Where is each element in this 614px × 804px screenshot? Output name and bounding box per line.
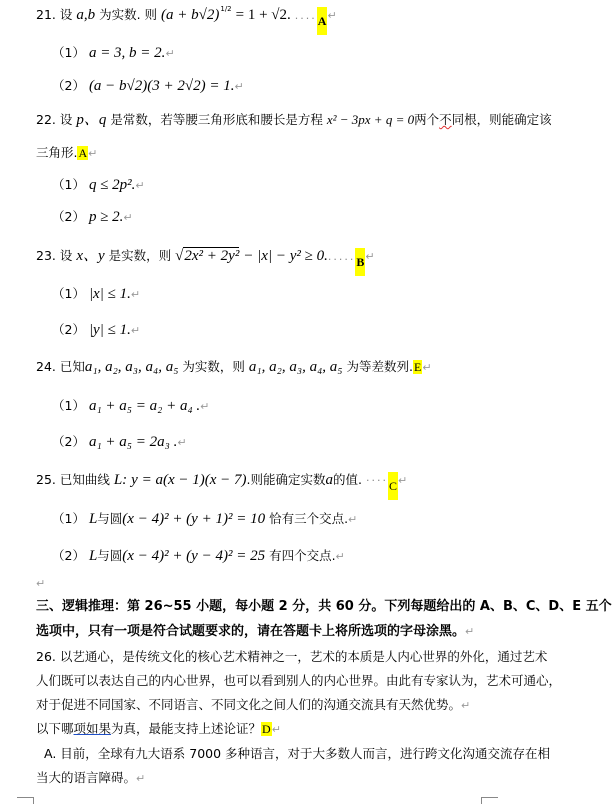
q22-text-b: 同根，则能确定该 — [452, 112, 552, 127]
q22-vars: p、q — [76, 112, 106, 128]
question-text: 以下哪 — [36, 721, 74, 736]
question-text: 为真，最能支持上述论证？ — [111, 721, 261, 736]
q22-option-1[interactable]: （1） q ≤ 2p².↵ — [52, 176, 145, 195]
question-24-stem[interactable]: 24. 已知a₁, a₂, a₃, a₄, a₅ 为实数，则 a₁, a₂, a… — [36, 358, 432, 377]
q24-end: 为等差数列. — [346, 359, 412, 374]
q24-seq2: a₁, a₂, a₃, a₄, a₅ — [249, 359, 343, 375]
option-label: （2） — [52, 209, 85, 224]
paragraph-mark-icon: ↵ — [422, 361, 431, 374]
question-22-stem-line2: 三角形.A↵ — [36, 144, 97, 163]
q24-option-1[interactable]: （1） a₁ + a₅ = a₂ + a₄ .↵ — [52, 397, 209, 416]
page-corner-mark-left — [17, 797, 34, 804]
q22-text-a: 两个 — [414, 112, 439, 127]
q23-option-1[interactable]: （1） |x| ≤ 1.↵ — [52, 285, 140, 304]
paragraph-mark-icon: ↵ — [177, 436, 186, 449]
option-text: |x| ≤ 1. — [89, 286, 131, 302]
option-pre: 与圆 — [97, 548, 122, 563]
q22-answer-highlight: A — [77, 146, 88, 160]
paragraph-mark-icon: ↵ — [336, 550, 345, 563]
q26-option-a-line1[interactable]: A. 目前，全球有九大语系 7000 多种语言，对于大多数人而言，进行跨文化沟通… — [44, 745, 550, 763]
q21-option-1[interactable]: （1） a = 3, b = 2.↵ — [52, 44, 175, 63]
paragraph-mark-icon: ↵ — [136, 772, 145, 785]
option-text: 当大的语言障碍。 — [36, 770, 136, 785]
q22-line2: 三角形. — [36, 145, 77, 160]
q21-vars: a,b — [76, 7, 95, 23]
q26-paragraph-line3: 对于促进不同国家、不同语言、不同文化之间人们的沟通交流具有天然优势。↵ — [36, 696, 470, 715]
paragraph-mark-icon: ↵ — [348, 513, 357, 526]
option-text: q ≤ 2p². — [89, 177, 135, 193]
q23-expr-rest: − |x| − y² ≥ 0. — [243, 248, 328, 264]
section-heading-text: 三、逻辑推理：第 26~55 小题，每小题 2 分，共 60 分。下列每题给出的… — [36, 599, 612, 614]
q25-option-2[interactable]: （2） L与圆(x − 4)² + (y − 4)² = 25 有四个交点.↵ — [52, 547, 345, 566]
paragraph-mark-icon: ↵ — [131, 288, 140, 301]
paragraph-mark-icon: ↵ — [36, 577, 45, 590]
q24-seq1: a₁, a₂, a₃, a₄, a₅ — [85, 359, 179, 375]
paragraph-text: 对于促进不同国家、不同语言、不同文化之间人们的沟通交流具有天然优势。 — [36, 697, 461, 712]
page-corner-mark-right — [481, 797, 498, 804]
q24-prefix: 24. 已知 — [36, 359, 85, 374]
section-3-heading-line2: 选项中，只有一项是符合试题要求的，请在答题卡上将所选项的字母涂黑。↵ — [36, 623, 474, 641]
option-label: （2） — [52, 548, 85, 563]
q21-exponent: 1/2 — [220, 6, 231, 12]
option-label: （1） — [52, 45, 85, 60]
q23-mid: 是实数，则 — [109, 248, 172, 263]
q21-expr-rhs: = 1 + √2. — [236, 7, 291, 23]
q23-radicand: 2x² + 2y² — [183, 247, 239, 264]
paragraph-mark-icon: ↵ — [165, 47, 174, 60]
q22-mid: 是常数，若等腰三角形底和腰长是方程 — [110, 112, 323, 127]
q25-var: a — [325, 472, 333, 488]
paragraph-mark-icon: ↵ — [131, 324, 140, 337]
q26-paragraph-line1: 26. 以艺通心，是传统文化的核心艺术精神之一，艺术的本质是人内心世界的外化，通… — [36, 648, 547, 666]
option-label: （1） — [52, 177, 85, 192]
q23-answer-highlight: B — [355, 248, 365, 276]
q21-prefix: 21. 设 — [36, 7, 72, 22]
option-equation: (x − 4)² + (y − 4)² = 25 — [122, 548, 265, 564]
option-label: （1） — [52, 398, 85, 413]
q25-option-1[interactable]: （1） L与圆(x − 4)² + (y + 1)² = 10 恰有三个交点.↵ — [52, 510, 357, 529]
option-pre: 与圆 — [97, 511, 122, 526]
option-label: （2） — [52, 322, 85, 337]
paragraph-mark-icon: ↵ — [272, 723, 281, 736]
q21-expr-lhs: (a + b√2) — [161, 7, 219, 23]
option-label: （1） — [52, 511, 85, 526]
q26-option-a-line2[interactable]: 当大的语言障碍。↵ — [36, 769, 145, 788]
q21-option-2[interactable]: （2） (a − b√2)(3 + 2√2) = 1.↵ — [52, 77, 244, 96]
q21-dots: .... — [295, 9, 317, 22]
q26-paragraph-line2: 人们既可以表达自己的内心世界，也可以看到别人的内心世界。由此有专家认为，艺术可通… — [36, 672, 561, 690]
q26-question[interactable]: 以下哪项如果为真，最能支持上述论证？D↵ — [36, 720, 281, 739]
option-text: a₁ + a₅ = a₂ + a₄ . — [89, 398, 200, 414]
q24-mid: 为实数，则 — [182, 359, 245, 374]
option-text: a₁ + a₅ = 2a₃ . — [89, 434, 177, 450]
q22-option-2[interactable]: （2） p ≥ 2.↵ — [52, 208, 133, 227]
paragraph-mark-icon: ↵ — [135, 179, 144, 192]
q24-answer-highlight: E — [413, 360, 422, 374]
option-label: （1） — [52, 286, 85, 301]
option-equation: (x − 4)² + (y + 1)² = 10 — [122, 511, 265, 527]
grammar-check-underline[interactable]: 项如果 — [74, 721, 112, 736]
q23-vars: x、y — [76, 248, 104, 264]
paragraph-mark-icon: ↵ — [465, 625, 474, 638]
paragraph-mark-icon: ↵ — [398, 474, 407, 487]
q25-curve-name: L: — [114, 472, 127, 488]
spell-check-underline[interactable]: 不 — [439, 112, 452, 127]
section-heading-text: 选项中，只有一项是符合试题要求的，请在答题卡上将所选项的字母涂黑。 — [36, 624, 465, 639]
q22-equation: x² − 3px + q = 0 — [327, 112, 414, 127]
q23-dots: ..... — [328, 250, 355, 263]
q25-curve-eq: y = a(x − 1)(x − 7) — [131, 472, 246, 488]
option-label: （2） — [52, 78, 85, 93]
q25-prefix: 25. 已知曲线 — [36, 472, 110, 487]
section-3-heading-line1: 三、逻辑推理：第 26~55 小题，每小题 2 分，共 60 分。下列每题给出的… — [36, 598, 612, 616]
paragraph-mark-icon: ↵ — [88, 147, 97, 160]
q25-end: 的值. — [333, 472, 362, 487]
option-text: (a − b√2)(3 + 2√2) = 1. — [89, 78, 235, 94]
q24-option-2[interactable]: （2） a₁ + a₅ = 2a₃ .↵ — [52, 433, 187, 452]
empty-paragraph: ↵ — [36, 574, 45, 593]
paragraph-mark-icon: ↵ — [365, 250, 374, 263]
option-label: （2） — [52, 434, 85, 449]
option-post: 恰有三个交点. — [269, 511, 348, 526]
q21-answer-highlight: A — [317, 7, 328, 35]
paragraph-mark-icon: ↵ — [327, 9, 336, 22]
q23-prefix: 23. 设 — [36, 248, 72, 263]
q22-prefix: 22. 设 — [36, 112, 72, 127]
option-post: 有四个交点. — [269, 548, 335, 563]
q25-dots: ···· — [366, 474, 388, 487]
paragraph-mark-icon: ↵ — [235, 80, 244, 93]
paragraph-text: 26. 以艺通心，是传统文化的核心艺术精神之一，艺术的本质是人内心世界的外化，通… — [36, 649, 547, 664]
q25-answer-highlight: C — [388, 472, 398, 500]
option-text: p ≥ 2. — [89, 209, 123, 225]
q26-answer-highlight: D — [261, 722, 272, 736]
paragraph-mark-icon: ↵ — [200, 400, 209, 413]
paragraph-mark-icon: ↵ — [461, 699, 470, 712]
paragraph-text: 人们既可以表达自己的内心世界，也可以看到别人的内心世界。由此有专家认为，艺术可通… — [36, 673, 561, 688]
document-page: 21. 设 a,b 为实数. 则 (a + b√2)1/2 = 1 + √2. … — [0, 0, 614, 804]
question-25-stem[interactable]: 25. 已知曲线 L: y = a(x − 1)(x − 7).则能确定实数a的… — [36, 471, 407, 500]
option-text: |y| ≤ 1. — [89, 322, 131, 338]
option-text: a = 3, b = 2. — [89, 45, 166, 61]
q23-option-2[interactable]: （2） |y| ≤ 1.↵ — [52, 321, 140, 340]
paragraph-mark-icon: ↵ — [123, 211, 132, 224]
question-21-stem[interactable]: 21. 设 a,b 为实数. 则 (a + b√2)1/2 = 1 + √2. … — [36, 6, 337, 35]
question-23-stem[interactable]: 23. 设 x、y 是实数，则 √2x² + 2y² − |x| − y² ≥ … — [36, 247, 375, 276]
question-22-stem[interactable]: 22. 设 p、q 是常数，若等腰三角形底和腰长是方程 x² − 3px + q… — [36, 111, 552, 129]
q25-mid: .则能确定实数 — [247, 472, 326, 487]
option-text: A. 目前，全球有九大语系 7000 多种语言，对于大多数人而言，进行跨文化沟通… — [44, 746, 550, 761]
q21-mid: 为实数. 则 — [99, 7, 157, 22]
